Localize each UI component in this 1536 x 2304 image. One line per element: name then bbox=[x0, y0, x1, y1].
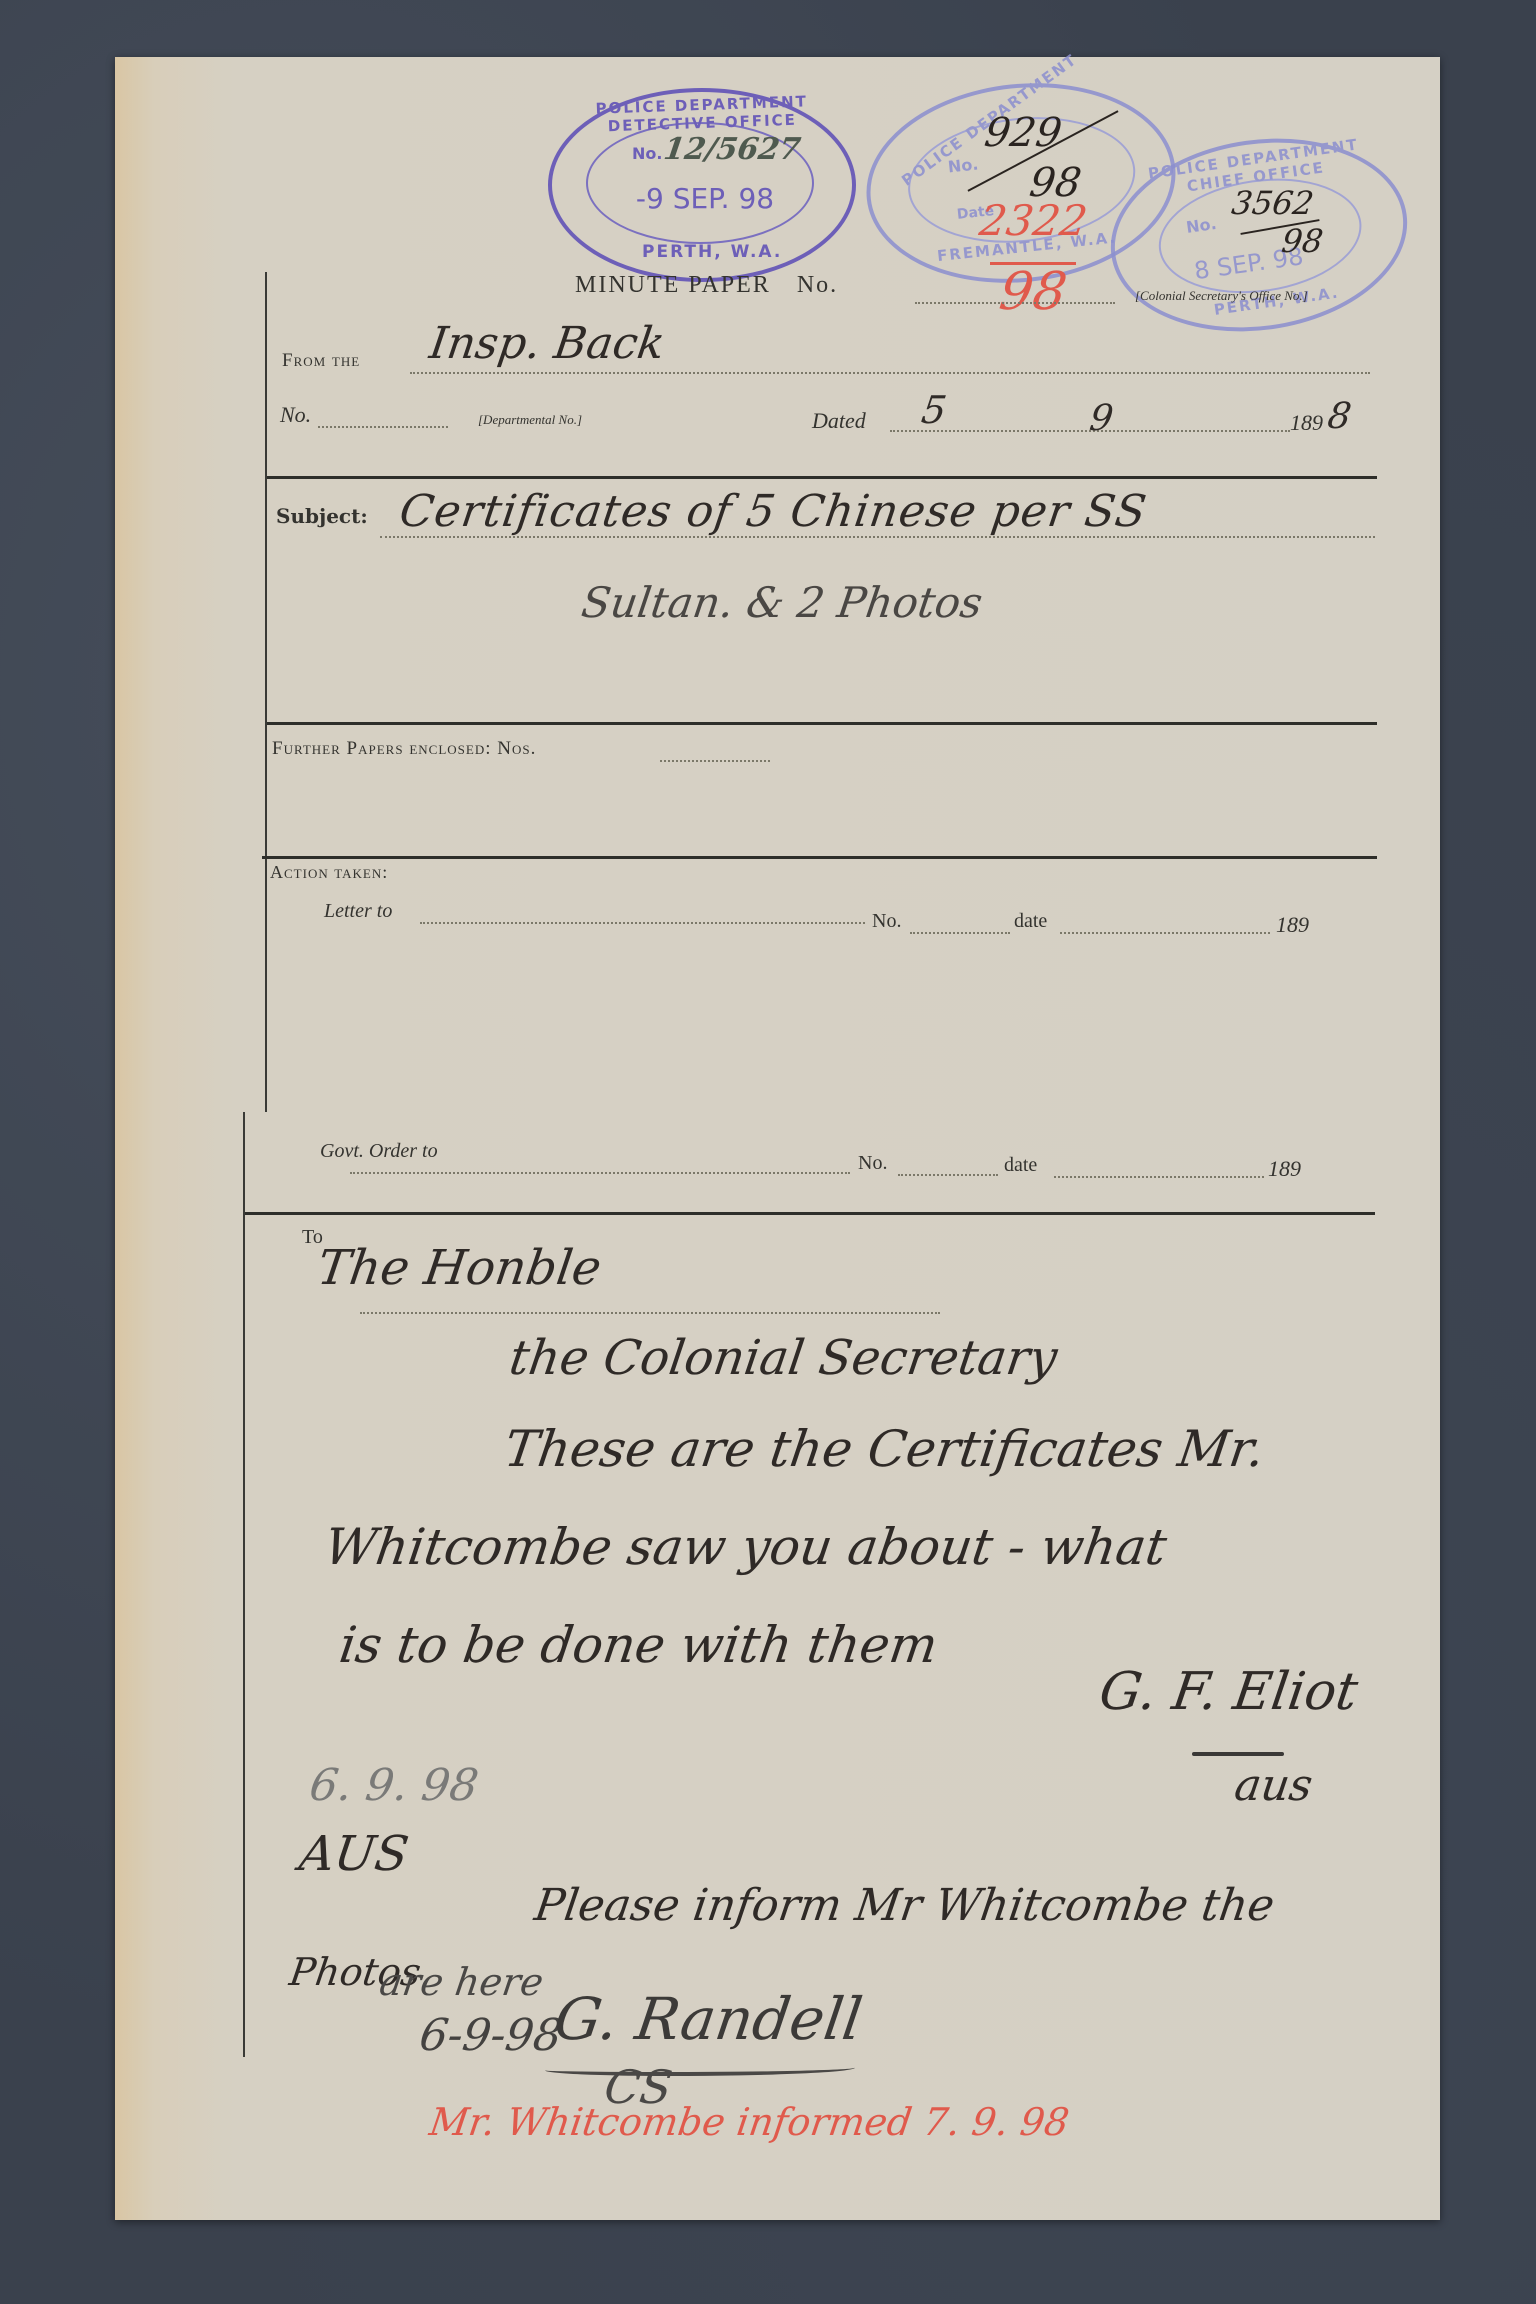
minute-paper-no-line bbox=[915, 302, 1115, 304]
subject-text-line-2: Sultan. & 2 Photos bbox=[579, 578, 986, 627]
letter-date-line bbox=[1060, 932, 1270, 934]
action-taken-label: Action taken: bbox=[270, 862, 388, 883]
signature-eliot-underline bbox=[1192, 1752, 1284, 1756]
rule-after-further-papers bbox=[262, 856, 1377, 859]
govt-order-label: Govt. Order to bbox=[320, 1140, 438, 1163]
from-value: Insp. Back bbox=[426, 318, 667, 369]
subject-text-line-1: Certificates of 5 Chinese per SS bbox=[396, 486, 1150, 537]
reply-addressee: AUS bbox=[296, 1826, 412, 1882]
minute-paper-no-label: No. bbox=[797, 272, 838, 298]
govt-date-label: date bbox=[1004, 1154, 1037, 1177]
pencil-date-1: 6. 9. 98 bbox=[306, 1760, 481, 1811]
letter-date-label: date bbox=[1014, 910, 1047, 933]
letter-year: 189 bbox=[1276, 912, 1309, 938]
minute-body-line-2: Whitcombe saw you about - what bbox=[321, 1518, 1170, 1576]
rule-after-header bbox=[267, 476, 1377, 479]
fremantle-number-top: 929 bbox=[982, 110, 1065, 156]
subject-label: Subject: bbox=[276, 504, 368, 528]
reply-line-2b: are here bbox=[377, 1960, 546, 2004]
rule-after-subject bbox=[267, 722, 1377, 725]
departmental-no-hint: [Departmental No.] bbox=[478, 412, 582, 428]
left-margin-rule bbox=[265, 272, 267, 1112]
govt-date-line bbox=[1054, 1176, 1264, 1178]
govt-no-line bbox=[898, 1174, 998, 1176]
stamp-date: -9 SEP. 98 bbox=[630, 182, 780, 215]
dated-year-prefix: 189 bbox=[1290, 410, 1323, 436]
from-label: From the bbox=[282, 350, 360, 372]
rule-before-to bbox=[245, 1212, 1375, 1215]
govt-order-line bbox=[350, 1172, 850, 1174]
to-label: To bbox=[302, 1226, 323, 1249]
red-informed-note: Mr. Whitcombe informed 7. 9. 98 bbox=[427, 2100, 1072, 2144]
stamp-number: 12/5627 bbox=[662, 132, 803, 167]
signature-eliot-initials: AUS bbox=[1231, 1760, 1315, 1811]
addressee-line-2: the Colonial Secretary bbox=[506, 1330, 1061, 1386]
chief-number-top: 3562 bbox=[1229, 184, 1316, 222]
red-register-number-bottom: 98 bbox=[996, 262, 1071, 322]
departmental-no-label: No. bbox=[280, 402, 311, 428]
stamp-number-label: No. bbox=[947, 154, 979, 176]
addressee-line-1: The Honble bbox=[314, 1240, 605, 1296]
reply-date: 6-9-98 bbox=[416, 2010, 565, 2061]
detective-office-stamp: POLICE DEPARTMENT DETECTIVE OFFICE No. 1… bbox=[548, 88, 856, 282]
letter-no-line bbox=[910, 932, 1010, 934]
stamp-ring-bottom: PERTH, W.A. bbox=[642, 242, 782, 262]
colonial-secretary-no-label: [Colonial Secretary's Office No.] bbox=[1135, 288, 1308, 304]
signature-randell: G. Randell bbox=[550, 1985, 866, 2053]
reply-line-1: Please inform Mr Whitcombe the bbox=[531, 1880, 1277, 1931]
chief-number-bottom: 98 bbox=[1279, 222, 1325, 260]
from-line bbox=[410, 372, 1370, 374]
red-register-number-top: 2322 bbox=[977, 196, 1091, 245]
letter-to-label: Letter to bbox=[324, 900, 392, 923]
to-line bbox=[360, 1312, 940, 1314]
letter-no-label: No. bbox=[872, 910, 901, 933]
signature-eliot: G. F. Eliot bbox=[1096, 1662, 1362, 1722]
govt-no-label: No. bbox=[858, 1152, 887, 1175]
further-papers-line bbox=[660, 760, 770, 762]
stamp-ring-top: POLICE DEPARTMENT DETECTIVE OFFICE bbox=[581, 92, 822, 136]
page-title: MINUTE PAPER No. bbox=[575, 272, 838, 299]
minute-body-line-3: is to be done with them bbox=[336, 1616, 941, 1674]
govt-year: 189 bbox=[1268, 1156, 1301, 1182]
dated-label: Dated bbox=[812, 408, 866, 434]
departmental-no-line bbox=[318, 426, 448, 428]
minute-body-line-1: These are the Certificates Mr. bbox=[501, 1420, 1268, 1478]
letter-to-line bbox=[420, 922, 865, 924]
further-papers-label: Further Papers enclosed: Nos. bbox=[272, 738, 536, 760]
left-margin-rule-lower bbox=[243, 1112, 245, 2057]
stamp-number-label: No. bbox=[632, 144, 662, 163]
